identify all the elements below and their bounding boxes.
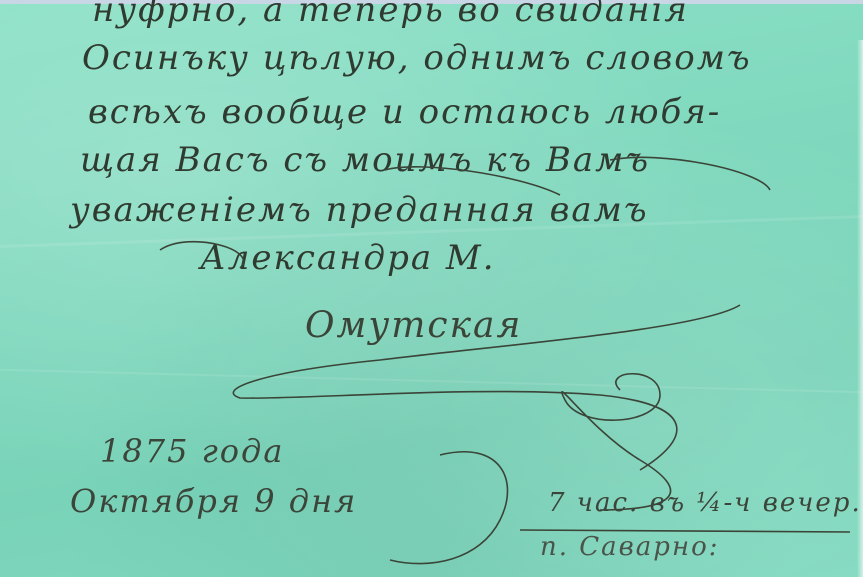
date-time: 7 час. въ ¼-ч вечер. <box>548 488 862 518</box>
date-day: Октября 9 дня <box>70 482 357 520</box>
date-place: п. Саварно: <box>540 532 720 562</box>
date-year: 1875 года <box>100 432 284 470</box>
